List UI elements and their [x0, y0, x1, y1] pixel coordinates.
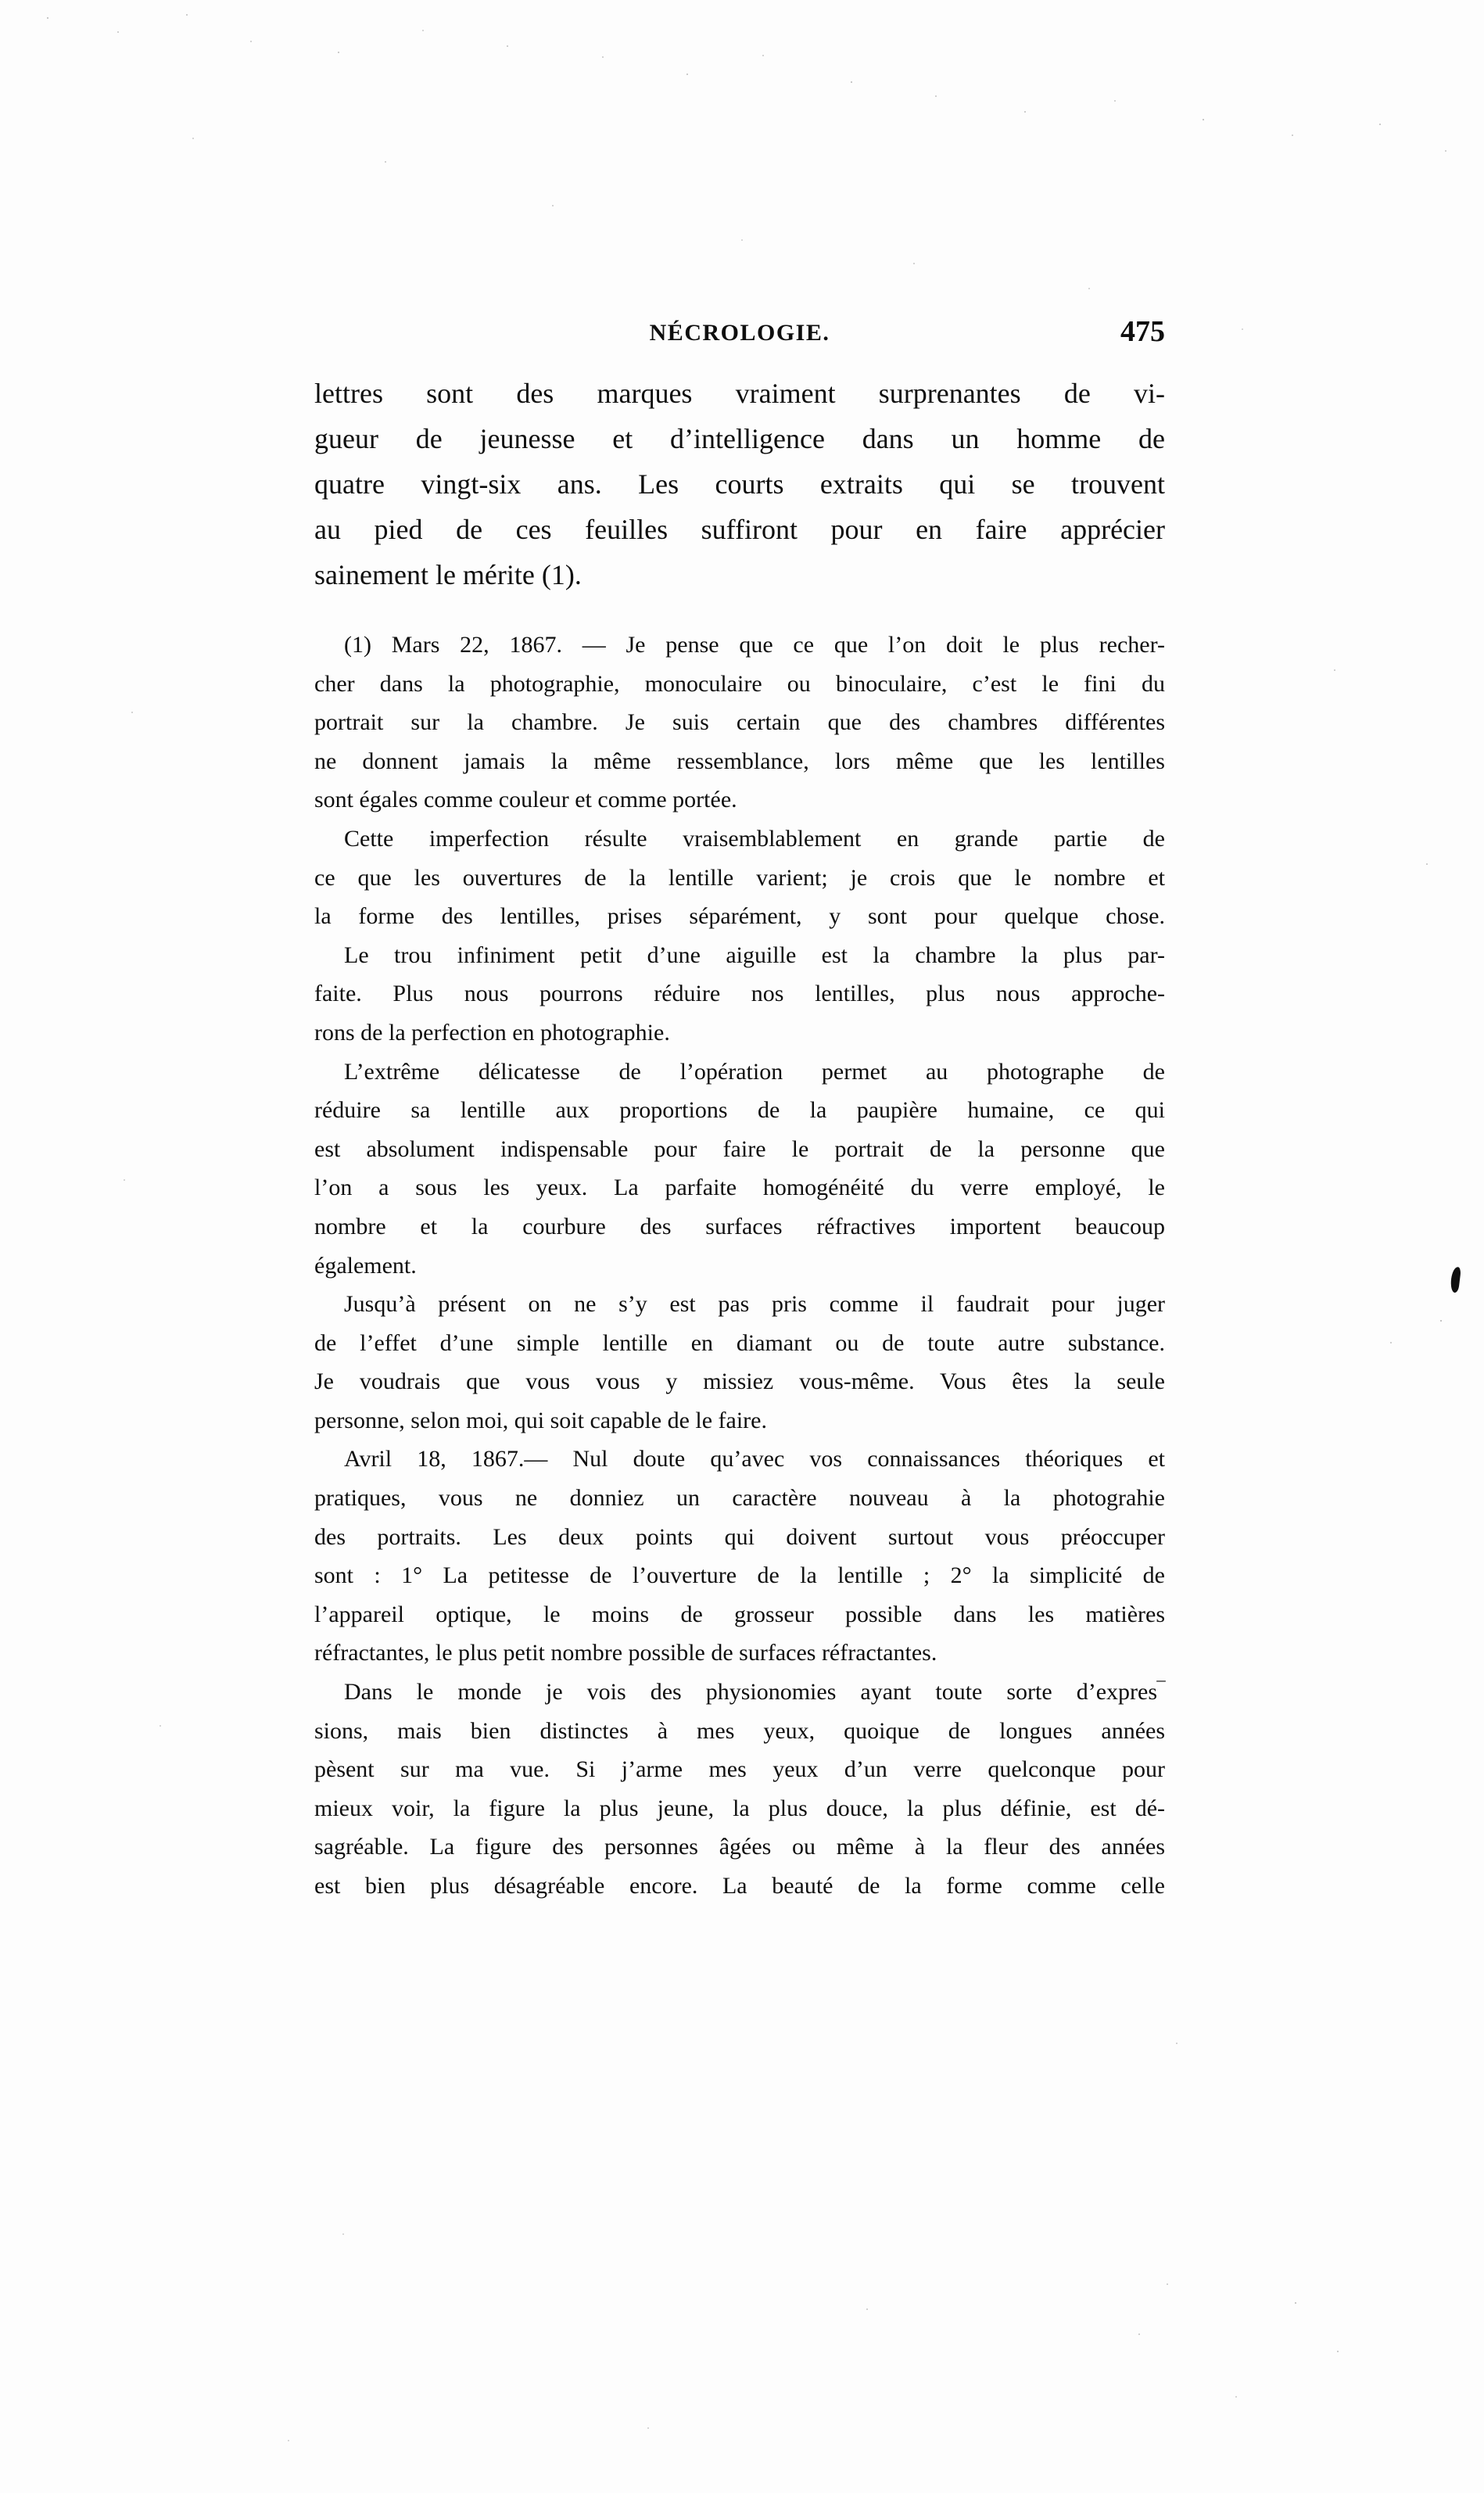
text-line: sions, mais bien distinctes à mes yeux, …	[314, 1712, 1165, 1751]
ink-blot	[1450, 1266, 1461, 1293]
text-line: ce que les ouvertures de la lentille var…	[314, 859, 1165, 898]
text-line: des portraits. Les deux points qui doive…	[314, 1518, 1165, 1557]
page-number: 475	[1120, 314, 1165, 349]
text-line: nombre et la courbure des surfaces réfra…	[314, 1207, 1165, 1246]
text-line: Avril 18, 1867.— Nul doute qu’avec vos c…	[314, 1440, 1165, 1479]
text-line: pèsent sur ma vue. Si j’arme mes yeux d’…	[314, 1750, 1165, 1789]
text-line: est absolument indispensable pour faire …	[314, 1130, 1165, 1169]
text-line: quatre vingt-six ans. Les courts extrait…	[314, 461, 1165, 507]
text-line: Le trou infiniment petit d’une aiguille …	[314, 936, 1165, 975]
text-line: de l’effet d’une simple lentille en diam…	[314, 1324, 1165, 1363]
text-line: L’extrême délicatesse de l’opération per…	[314, 1053, 1165, 1092]
text-line: mieux voir, la figure la plus jeune, la …	[314, 1789, 1165, 1828]
text-line: l’on a sous les yeux. La parfaite homogé…	[314, 1168, 1165, 1207]
running-title: NÉCROLOGIE.	[314, 316, 1165, 350]
text-line: faite. Plus nous pourrons réduire nos le…	[314, 974, 1165, 1013]
text-line: cher dans la photographie, monoculaire o…	[314, 665, 1165, 704]
text-line: ne donnent jamais la même ressemblance, …	[314, 742, 1165, 781]
text-line: Cette imperfection résulte vraisemblable…	[314, 820, 1165, 859]
text-line: réfractantes, le plus petit nombre possi…	[314, 1634, 1165, 1673]
text-line: lettres sont des marques vraiment surpre…	[314, 371, 1165, 416]
text-line: sont égales comme couleur et comme porté…	[314, 780, 1165, 820]
text-line: au pied de ces feuilles suffiront pour e…	[314, 507, 1165, 552]
text-line: Je voudrais que vous vous y missiez vous…	[314, 1362, 1165, 1401]
scanned-book-page: NÉCROLOGIE. 475 lettres sont des marques…	[0, 0, 1484, 2493]
text-line: sont : 1° La petitesse de l’ouverture de…	[314, 1556, 1165, 1595]
body-paragraph: lettres sont des marques vraiment surpre…	[314, 371, 1165, 597]
text-line: Dans le monde je vois des physionomies a…	[314, 1673, 1165, 1712]
text-line: (1) Mars 22, 1867. — Je pense que ce que…	[314, 626, 1165, 665]
scan-noise-speckles	[0, 0, 2, 2]
text-line: portrait sur la chambre. Je suis certain…	[314, 703, 1165, 742]
text-line: pratiques, vous ne donniez un caractère …	[314, 1479, 1165, 1518]
text-line: également.	[314, 1246, 1165, 1286]
text-line: rons de la perfection en photographie.	[314, 1013, 1165, 1053]
text-line: réduire sa lentille aux proportions de l…	[314, 1091, 1165, 1130]
text-line: la forme des lentilles, prises séparémen…	[314, 897, 1165, 936]
page-header: NÉCROLOGIE. 475	[314, 316, 1165, 355]
text-line: Jusqu’à présent on ne s’y est pas pris c…	[314, 1285, 1165, 1324]
text-line: est bien plus désagréable encore. La bea…	[314, 1867, 1165, 1906]
text-line: sagréable. La figure des personnes âgées…	[314, 1828, 1165, 1867]
text-line: personne, selon moi, qui soit capable de…	[314, 1401, 1165, 1440]
text-line: l’appareil optique, le moins de grosseur…	[314, 1595, 1165, 1634]
text-line: gueur de jeunesse et d’intelligence dans…	[314, 416, 1165, 461]
text-line: sainement le mérite (1).	[314, 552, 1165, 597]
footnote-block: (1) Mars 22, 1867. — Je pense que ce que…	[314, 626, 1165, 1906]
